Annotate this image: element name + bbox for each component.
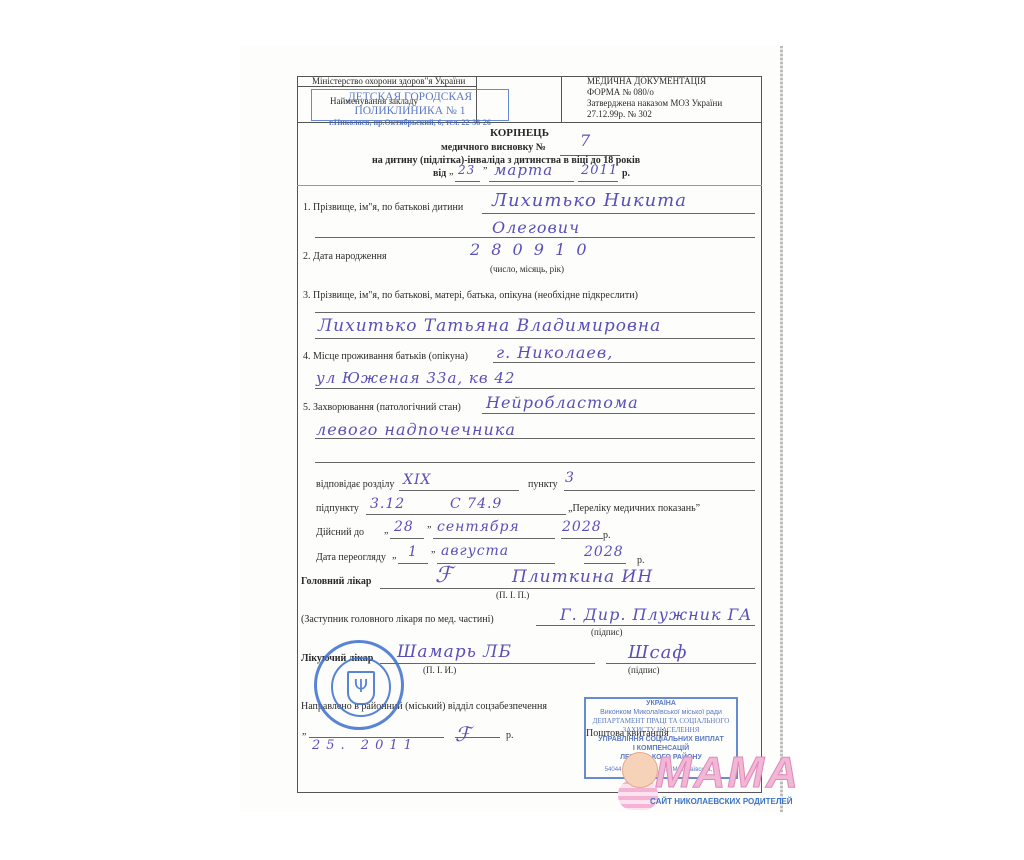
- header-divider: [297, 86, 476, 87]
- header-divider: [561, 76, 562, 122]
- underline: [433, 538, 555, 539]
- underline: [399, 490, 519, 491]
- birth-date-label: 2. Дата народження: [303, 251, 387, 262]
- birth-date-value: 2 8 0 9 1 0: [470, 240, 590, 259]
- chief-doctor-name: Плиткина ИН: [512, 567, 653, 587]
- underline: [536, 625, 755, 626]
- list-label: „Переліку медичних показань”: [568, 503, 700, 514]
- underline: [606, 663, 756, 664]
- sent-date-quote: „: [302, 726, 306, 737]
- underline: [315, 312, 755, 313]
- subitem-value: 3.12: [370, 496, 405, 512]
- stamp-line: ДЕПАРТАМЕНТ ПРАЦІ ТА СОЦІАЛЬНОГО: [586, 717, 736, 726]
- underline: [455, 181, 480, 182]
- residence-value-line2: ул Юженая 33а, кв 42: [316, 369, 515, 387]
- disease-label: 5. Захворювання (патологічний стан): [303, 402, 461, 413]
- deputy-hint: (підпис): [591, 627, 623, 637]
- ministry-label: Міністерство охорони здоров"я України: [312, 76, 465, 86]
- child-patronymic-value: Олегович: [492, 218, 580, 237]
- residence-value-line1: г. Николаев,: [496, 343, 613, 362]
- underline: [561, 538, 603, 539]
- attending-doctor-name: Шамарь ЛБ: [397, 642, 512, 662]
- birth-date-hint: (число, місяць, рік): [490, 264, 564, 274]
- trident-emblem-icon: Ψ: [347, 671, 375, 705]
- attending-doctor-signature: Шсаф: [628, 642, 687, 663]
- review-year: 2028: [584, 544, 624, 560]
- mama-logo: МАМА: [655, 748, 800, 798]
- clinic-stamp-address: г.Николаев, пр.Октябрьский, 6, тел. 22-3…: [312, 118, 508, 127]
- underline: [380, 663, 595, 664]
- residence-label: 4. Місце проживання батьків (опікуна): [303, 351, 468, 362]
- review-month: августа: [441, 543, 509, 559]
- valid-until-label: Дійсний до: [316, 527, 364, 538]
- underline: [315, 438, 755, 439]
- clinic-stamp: ДЕТСКАЯ ГОРОДСКАЯ ПОЛИКЛИНИКА № 1 г.Нико…: [311, 89, 509, 121]
- title-date-year: 2011: [581, 163, 618, 178]
- baby-illustration-icon: [622, 752, 658, 788]
- stamp-line: УКРАЇНА: [586, 699, 736, 708]
- sent-signature: ℱ: [455, 722, 472, 746]
- underline: [578, 181, 618, 182]
- underline: [489, 181, 574, 182]
- disease-value-line2: левого надпочечника: [316, 420, 516, 439]
- valid-year-suffix: р.: [603, 530, 611, 541]
- disease-value-line1: Нейробластома: [486, 393, 639, 412]
- sent-date-suffix: р.: [506, 730, 514, 741]
- attending-doctor-hint: (П. І. И.): [423, 665, 456, 675]
- underline: [315, 388, 755, 389]
- chief-doctor-label: Головний лікар: [301, 576, 371, 587]
- title-date-suffix: р.: [622, 168, 630, 179]
- mama-logo-tagline: САЙТ НИКОЛАЕВСКИХ РОДИТЕЛЕЙ: [650, 797, 793, 806]
- underline: [315, 462, 755, 463]
- item-label: пункту: [528, 479, 558, 490]
- sent-date-value: 25. 2011: [312, 738, 418, 753]
- diagnosis-code: C 74.9: [450, 496, 502, 512]
- form-info-line: 27.12.99р. № 302: [587, 109, 722, 120]
- chief-doctor-signature: ℱ: [435, 563, 453, 588]
- valid-month: сентября: [437, 519, 520, 535]
- stamp-line: УПРАВЛІННЯ СОЦІАЛЬНИХ ВИПЛАТ: [586, 735, 736, 744]
- underline: [584, 563, 626, 564]
- underline: [315, 338, 755, 339]
- conclusion-number: 7: [580, 131, 591, 150]
- review-day: 1: [408, 544, 418, 560]
- valid-day: 28: [394, 519, 414, 535]
- underline: [315, 237, 755, 238]
- conclusion-number-label: медичного висновку №: [441, 142, 546, 153]
- underline: [493, 362, 755, 363]
- title-date-day: 23: [458, 163, 475, 177]
- form-info-line: Затверджена наказом МОЗ України: [587, 98, 722, 109]
- underline: [482, 213, 755, 214]
- stamp-line: ЗАХИСТУ НАСЕЛЕННЯ: [586, 726, 736, 735]
- underline: [366, 514, 566, 515]
- round-stamp: Ψ: [314, 640, 404, 730]
- child-name-value: Лихитько Никита: [492, 190, 687, 211]
- section-value: XIX: [403, 472, 431, 488]
- underline: [398, 563, 428, 564]
- form-info-line: ФОРМА № 080/о: [587, 87, 722, 98]
- title-date-month: марта: [494, 161, 553, 179]
- title-divider: [297, 185, 762, 186]
- stamp-line: Виконком Миколаївської міської ради: [586, 708, 736, 717]
- document-title: КОРІНЕЦЬ: [490, 127, 549, 139]
- clinic-stamp-name: ДЕТСКАЯ ГОРОДСКАЯ ПОЛИКЛИНИКА № 1: [312, 90, 508, 118]
- underline: [437, 563, 555, 564]
- chief-doctor-hint: (П. І. П.): [496, 590, 529, 600]
- underline: [564, 490, 755, 491]
- child-name-label: 1. Прізвище, ім"я, по батькові дитини: [303, 202, 463, 213]
- subitem-label: підпункту: [316, 503, 359, 514]
- underline: [390, 538, 424, 539]
- underline: [380, 588, 755, 589]
- underline: [482, 413, 755, 414]
- deputy-label: (Заступник головного лікаря по мед. част…: [301, 614, 494, 625]
- item-value: 3: [565, 470, 575, 486]
- attending-doctor-sign-hint: (підпис): [628, 665, 660, 675]
- form-info-line: МЕДИЧНА ДОКУМЕНТАЦІЯ: [587, 76, 722, 87]
- title-date-prefix: від: [433, 168, 446, 179]
- review-date-label: Дата переогляду: [316, 552, 386, 563]
- paper-edge: [780, 46, 783, 812]
- parent-name-label: 3. Прізвище, ім"я, по батькові, матері, …: [303, 290, 638, 301]
- form-info: МЕДИЧНА ДОКУМЕНТАЦІЯ ФОРМА № 080/о Затве…: [587, 76, 722, 120]
- deputy-signature: Г. Дир. Плужник ГА: [560, 605, 752, 624]
- review-year-suffix: р.: [637, 555, 645, 566]
- parent-name-value: Лихитько Татьяна Владимировна: [318, 316, 661, 336]
- valid-year: 2028: [562, 519, 602, 535]
- section-label: відповідає розділу: [316, 479, 394, 490]
